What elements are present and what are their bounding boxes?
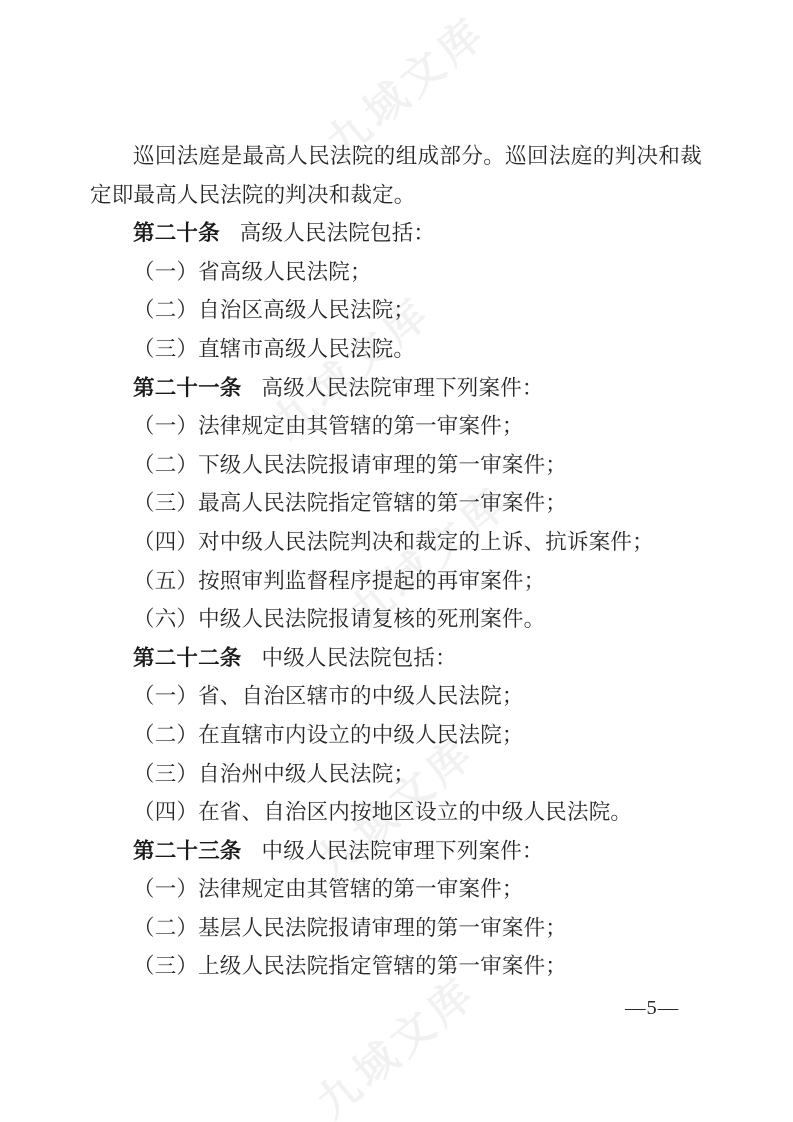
list-item: （三）直辖市高级人民法院。 — [90, 330, 702, 369]
list-item: （四）对中级人民法院判决和裁定的上诉、抗诉案件； — [90, 523, 702, 562]
article-heading: 第二十一条高级人民法院审理下列案件： — [90, 369, 702, 408]
page-number: —5— — [625, 997, 679, 1020]
article-heading-text: 中级人民法院审理下列案件： — [262, 839, 544, 863]
list-item: （二）自治区高级人民法院； — [90, 291, 702, 330]
list-item: （一）法律规定由其管辖的第一审案件； — [90, 870, 702, 909]
article-number: 第二十二条 — [133, 646, 242, 670]
list-item: （二）下级人民法院报请审理的第一审案件； — [90, 446, 702, 485]
article-heading-text: 高级人民法院包括： — [240, 221, 435, 245]
list-item: （一）法律规定由其管辖的第一审案件； — [90, 407, 702, 446]
list-item: （三）自治州中级人民法院； — [90, 755, 702, 794]
list-item: （六）中级人民法院报请复核的死刑案件。 — [90, 600, 702, 639]
article-heading-text: 高级人民法院审理下列案件： — [262, 376, 544, 400]
list-item: （二）基层人民法院报请审理的第一审案件； — [90, 909, 702, 948]
list-item: （一）省高级人民法院； — [90, 253, 702, 292]
article-heading: 第二十条高级人民法院包括： — [90, 214, 702, 253]
article-number: 第二十一条 — [133, 376, 242, 400]
article-heading: 第二十二条中级人民法院包括： — [90, 639, 702, 678]
article-heading: 第二十三条中级人民法院审理下列案件： — [90, 832, 702, 871]
document-body: 巡回法庭是最高人民法院的组成部分。巡回法庭的判决和裁定即最高人民法院的判决和裁定… — [90, 137, 702, 986]
list-item: （四）在省、自治区内按地区设立的中级人民法院。 — [90, 793, 702, 832]
scanned-document-page: 九域文库九域文库九域文库九域文库九域文库 巡回法庭是最高人民法院的组成部分。巡回… — [0, 0, 793, 1122]
list-item: （五）按照审判监督程序提起的再审案件； — [90, 562, 702, 601]
article-number: 第二十条 — [133, 221, 220, 245]
article-heading-text: 中级人民法院包括： — [262, 646, 457, 670]
list-item: （二）在直辖市内设立的中级人民法院； — [90, 716, 702, 755]
list-item: （三）最高人民法院指定管辖的第一审案件； — [90, 484, 702, 523]
list-item: （一）省、自治区辖市的中级人民法院； — [90, 677, 702, 716]
list-item: （三）上级人民法院指定管辖的第一审案件； — [90, 947, 702, 986]
article-number: 第二十三条 — [133, 839, 242, 863]
body-paragraph: 巡回法庭是最高人民法院的组成部分。巡回法庭的判决和裁定即最高人民法院的判决和裁定… — [90, 137, 702, 214]
